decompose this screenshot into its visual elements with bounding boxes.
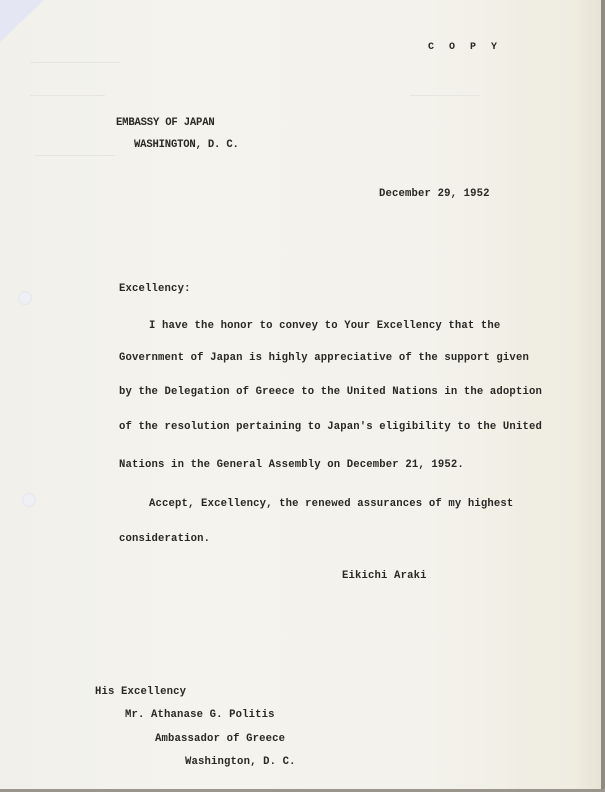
body-line: I have the honor to convey to Your Excel…	[149, 320, 500, 332]
body-line: of the resolution pertaining to Japan's …	[119, 421, 542, 433]
punch-hole	[18, 291, 32, 305]
body-line: Government of Japan is highly appreciati…	[119, 352, 529, 364]
recipient-position: Ambassador of Greece	[155, 733, 285, 745]
bleed-through-mark	[30, 62, 120, 63]
folded-corner	[0, 0, 44, 42]
bleed-through-mark	[35, 155, 115, 156]
punch-hole	[22, 493, 36, 507]
body-line: by the Delegation of Greece to the Unite…	[119, 386, 542, 398]
closing-line: Accept, Excellency, the renewed assuranc…	[149, 498, 513, 510]
recipient-location: Washington, D. C.	[185, 756, 296, 768]
copy-mark: C O P Y	[428, 42, 502, 54]
sender-name: EMBASSY OF JAPAN	[116, 117, 215, 129]
page-edge-right	[601, 0, 605, 792]
letter-page: C O P Y EMBASSY OF JAPAN WASHINGTON, D. …	[0, 0, 605, 792]
bleed-through-mark	[30, 95, 105, 96]
body-line: Nations in the General Assembly on Decem…	[119, 459, 464, 471]
sender-location: WASHINGTON, D. C.	[134, 139, 239, 151]
letter-date: December 29, 1952	[379, 188, 490, 200]
recipient-name: Mr. Athanase G. Politis	[125, 709, 275, 721]
salutation: Excellency:	[119, 283, 191, 295]
recipient-title: His Excellency	[95, 686, 186, 698]
signature: Eikichi Araki	[342, 570, 427, 582]
bleed-through-mark	[410, 95, 480, 96]
closing-line: consideration.	[119, 533, 210, 545]
